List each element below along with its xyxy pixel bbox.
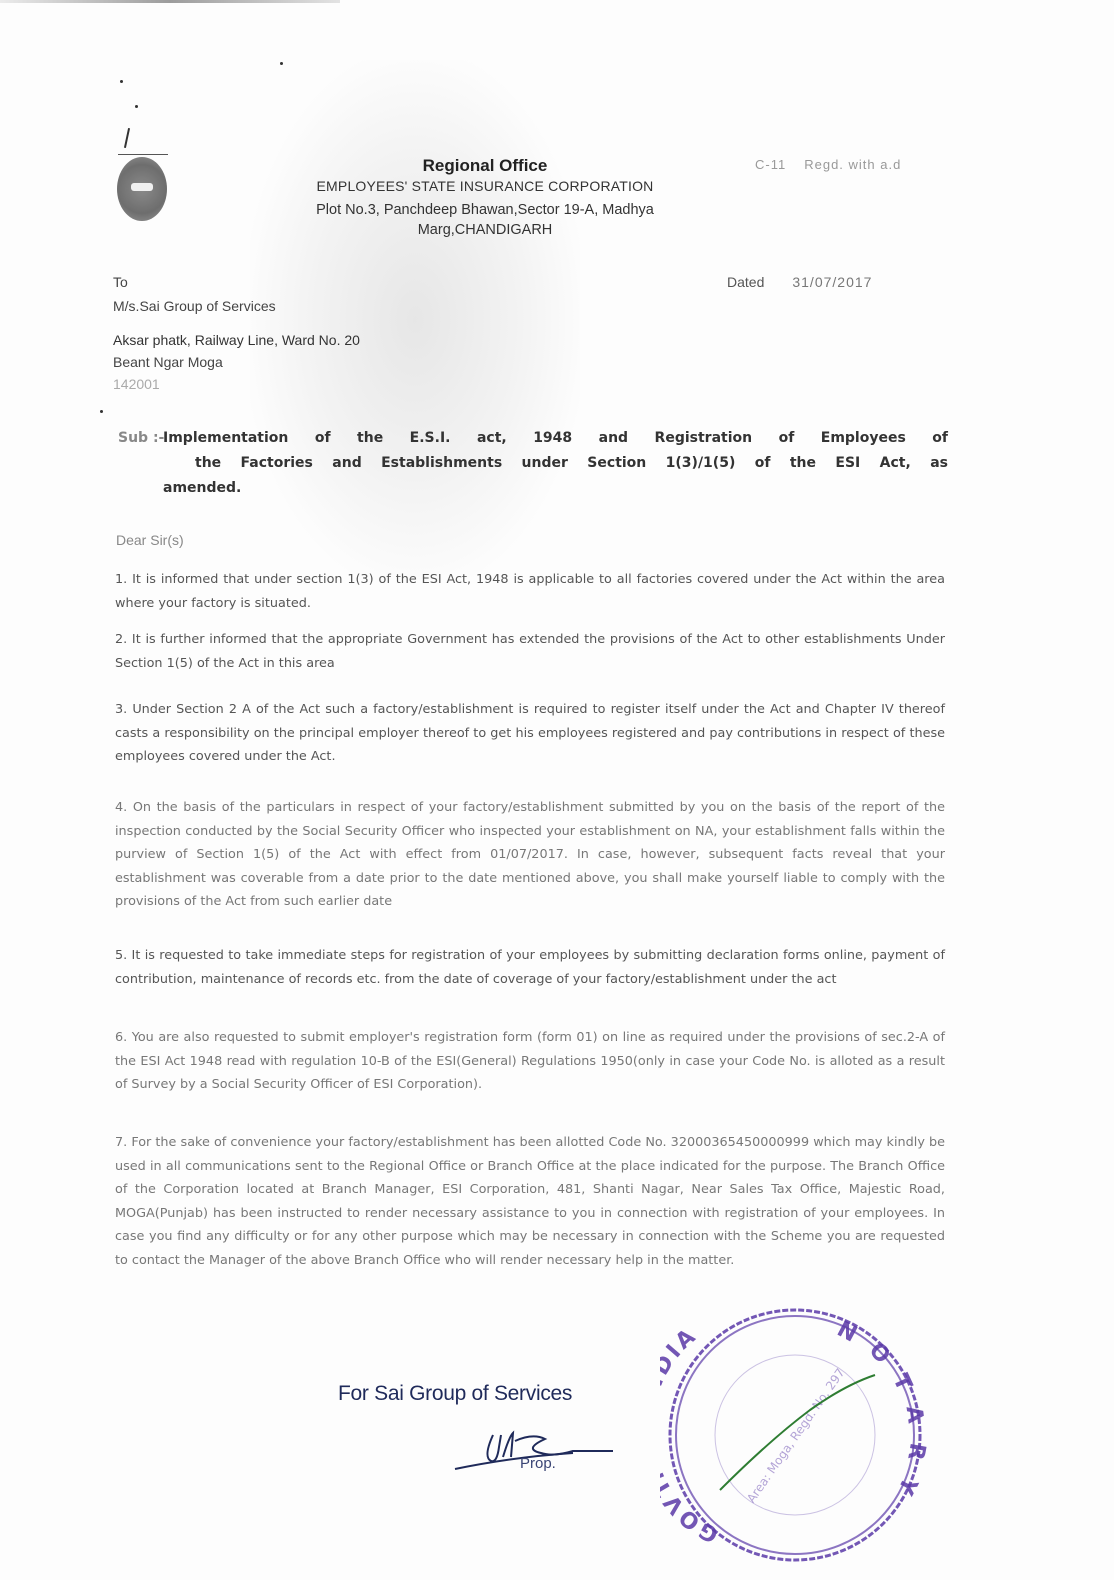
recipient-address-line2: Beant Ngar Moga <box>113 354 360 376</box>
office-address-line2: Marg,CHANDIGARH <box>270 220 700 240</box>
stamp-inner-text: Area: Moga, Regd. No. 297 <box>744 1366 848 1505</box>
office-address-line1: Plot No.3, Panchdeep Bhawan,Sector 19-A,… <box>270 200 700 220</box>
salutation: Dear Sir(s) <box>116 532 184 548</box>
scan-edge-mark <box>0 0 340 3</box>
scan-speck <box>280 62 283 65</box>
dated-value: 31/07/2017 <box>792 274 872 290</box>
scan-speck <box>135 105 138 108</box>
letterhead: Regional Office EMPLOYEES' STATE INSURAN… <box>270 156 700 240</box>
paragraph-2: 2. It is further informed that the appro… <box>115 628 945 675</box>
paragraph-3: 3. Under Section 2 A of the Act such a f… <box>115 698 945 769</box>
pen-mark <box>124 128 130 148</box>
signatory-designation: Prop. <box>520 1455 556 1472</box>
logo-rule <box>118 154 168 155</box>
signature-company: For Sai Group of Services <box>338 1382 572 1406</box>
subject-label: Sub :- <box>118 426 164 451</box>
paragraph-5: 5. It is requested to take immediate ste… <box>115 944 945 991</box>
paragraph-7: 7. For the sake of convenience your fact… <box>115 1131 945 1272</box>
recipient-address-line1: Aksar phatk, Railway Line, Ward No. 20 <box>113 332 360 354</box>
paragraph-1: 1. It is informed that under section 1(3… <box>115 568 945 615</box>
paragraph-6: 6. You are also requested to submit empl… <box>115 1026 945 1097</box>
subject-line1: Implementation of the E.S.I. act, 1948 a… <box>163 426 948 451</box>
office-title: Regional Office <box>270 156 700 176</box>
organization-name: EMPLOYEES' STATE INSURANCE CORPORATION <box>270 178 700 194</box>
recipient-pin: 142001 <box>113 376 360 398</box>
to-label: To <box>113 274 360 296</box>
scan-speck <box>100 410 103 413</box>
stamp-text-right: NOTARY <box>833 1317 930 1515</box>
notary-stamp-icon: GOVT. OF INDIA NOTARY Area: Moga, Regd. … <box>660 1300 930 1570</box>
subject-line3: amended. <box>163 476 948 501</box>
subject-block: Sub :- Implementation of the E.S.I. act,… <box>118 426 948 501</box>
form-number: C-11 <box>755 157 786 172</box>
office-address: Plot No.3, Panchdeep Bhawan,Sector 19-A,… <box>270 200 700 240</box>
recipient-name: M/s.Sai Group of Services <box>113 298 360 320</box>
signature-block: For Sai Group of Services Prop. <box>338 1382 572 1406</box>
delivery-note: Regd. with a.d <box>804 157 901 172</box>
subject-line2: the Factories and Establishments under S… <box>195 451 948 476</box>
date-block: Dated31/07/2017 <box>727 274 872 290</box>
svg-text:NOTARY: NOTARY <box>833 1317 930 1515</box>
reference-note: C-11Regd. with a.d <box>755 157 919 172</box>
dated-label: Dated <box>727 274 764 290</box>
scan-speck <box>120 80 123 83</box>
esic-emblem-icon <box>117 157 167 221</box>
paragraph-4: 4. On the basis of the particulars in re… <box>115 796 945 914</box>
recipient-block: To M/s.Sai Group of Services Aksar phatk… <box>113 274 360 398</box>
